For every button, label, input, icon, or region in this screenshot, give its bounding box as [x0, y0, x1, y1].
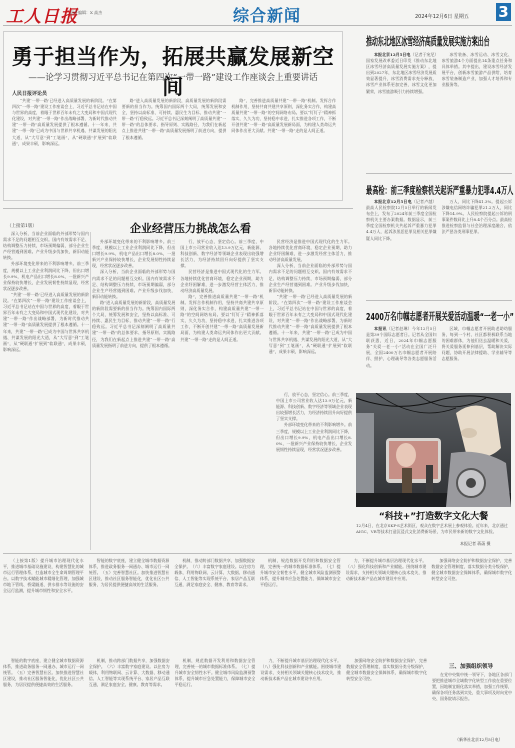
robot-exhibit-image [356, 393, 511, 507]
lead-body: “共建‘一带一路’已经进入高质量发展的新阶段。”在第四次“一带一路”建设工作座谈… [12, 98, 336, 196]
section-heading: 三、加强组织领导 [430, 662, 512, 670]
lead-column: 路”进入高质量发展的新阶段，高质量发展的新阶段需要新的担当作为。统筹国内国际两个… [122, 98, 227, 196]
lower-column: 力，不断提升城市基层治理现代化水平。（八）强化科技创新和产业赋能。围绕城市建设需… [346, 558, 427, 658]
sub-article-column: 外部环境变化带来的不利影响增多。前三季度，规模以上工业企业利润同比下降，但出口增… [92, 239, 175, 551]
lower-column: 加强网络安全防护和数据安全保护，完善数据安全管理制度，落实数据分类分级保护，健全… [431, 558, 512, 658]
sub-article-body-left: 深入分析，当前企业面临的外部形势与国内需求不足的问题相互交织。国内有效需求不足、… [3, 231, 89, 551]
lower-column: 机制，推动跨部门数据共享，加强数据安全保护。（六）丰富数字家庭建设。以住房为载体… [174, 558, 255, 658]
photo-description: 12月4日，在北京SKP-S艺术街区，观众在数字艺术展上参观体验。近年来，北京通… [356, 523, 511, 535]
sub-article-column: 行，放平心态，坚定信心。前三季度，中国上市公司营业收入达13.9万亿元，新能源、… [180, 239, 263, 551]
section-divider [3, 553, 512, 554]
lead-subheadline: ——论学习贯彻习近平总书记在第四次“一带一路”建设工作座谈会上重要讲话 [4, 71, 342, 83]
volunteers-headline[interactable]: 2400万名巾帼志愿者开展关爱活动温暖“一老一小” [366, 308, 459, 323]
lower-column: （上接第1版）提升城市治理现代化水平，推进城市基础设施建设，构建智慧化的城市运行… [3, 558, 84, 658]
xinhua-end-tag: （新华社北京12月5日电） [455, 737, 503, 743]
masthead: 工人日报 责任编辑：X 高杰 综合新闻 2024年12月6日 星期五 3 [0, 0, 515, 26]
lower-column: 机制，规范数据开发利用和数据安全管理，完善统一的城市数据标准体系。（七）提升城市… [260, 558, 341, 658]
northeast-column: 冰雪装备、冰雪运动、冰雪文化、冰雪旅游4个方面提出14条重点任务和具体举措。其中… [442, 52, 513, 168]
issue-date: 2024年12月6日 星期五 [415, 13, 469, 20]
lead-column: 路”，完善推进高质量共建“一带一路”机制。发挥合作机制作用，坚持共商共建共享原则… [231, 98, 336, 196]
editor-credit: 责任编辑：X 高杰 [70, 10, 102, 16]
lower-column: 智能的数字底座，建立健全城市数据资源体系，推进政务服务一网通办、城市运行一网统管… [3, 658, 84, 746]
lower-column: 加强网络安全防护和数据安全保护，完善数据安全管理制度，落实数据分类分级保护，健全… [346, 658, 427, 746]
sub-article-column: 深入分析，当前企业面临的外部形势与国内需求不足的问题相互交织。国内有效需求不足、… [3, 231, 89, 551]
lead-byline: 人民日报评论员 [12, 90, 47, 97]
photo-caption: “科技+”打造数字文化大餐 [356, 509, 511, 522]
procuratorate-headline[interactable]: 最高检：前三季度检察机关起诉严重暴力犯罪4.4万人 [366, 182, 457, 197]
newspaper-logo: 工人日报 [6, 2, 78, 27]
volunteers-column: 本报讯（记者赵琳）今年12月5日是第39个国际志愿者日。记者从全国妇联获悉，近日… [366, 326, 437, 388]
lower-section-top: （上接第1版）提升城市治理现代化水平，推进城市基础设施建设，构建智慧化的城市运行… [3, 558, 512, 658]
northeast-headline[interactable]: 推动东北地区冰雪经济高质量发展实施方案出台 [366, 34, 448, 49]
photo-credit: 本报记者 蒋菡 摄 [460, 541, 491, 547]
closing-body: 在党中央集中统一领导下，各地区各部门要把推进城市全域数字化转型工作放在重要位置，… [432, 672, 512, 736]
lower-section-bottom: 智能的数字底座，建立健全城市数据资源体系，推进政务服务一网通办、城市运行一网统管… [3, 658, 427, 746]
continuation-tag: （上接第1版） [7, 223, 37, 229]
volunteers-body: 本报讯（记者赵琳）今年12月5日是第39个国际志愿者日。记者从全国妇联获悉，近日… [366, 326, 512, 388]
masthead-divider [3, 25, 512, 26]
northeast-body: 本报北京12月5日电（记者于宛尼）国家发展改革委近日印发《推动东北地区冰雪经济高… [366, 52, 512, 168]
lead-column: “共建‘一带一路’已经进入高质量发展的新阶段。”在第四次“一带一路”建设工作座谈… [12, 98, 117, 196]
section-divider [3, 208, 353, 209]
lower-column: 力，不断提升城市基层治理现代化水平。（八）强化科技创新和产业赋能。围绕城市建设需… [260, 658, 341, 746]
lead-article: 勇于担当作为，拓展共赢发展新空间 ——论学习贯彻习近平总书记在第四次“一带一路”… [3, 31, 343, 201]
procuratorate-column: 本报北京12月5日电（记者卢越）最高人民检察院12月5日举行的新闻发布会上，发布… [366, 199, 437, 295]
procuratorate-body: 本报北京12月5日电（记者卢越）最高人民检察院12月5日举行的新闻发布会上，发布… [366, 199, 512, 295]
volunteers-column: 区域，巾帼志愿者开展助老助幼服务，每到一个村、社区都积极联系当地的困难群体，为他… [442, 326, 513, 388]
closing-column: 在党中央集中统一领导下，各地区各部门要把推进城市全域数字化转型工作放在重要位置，… [432, 672, 512, 736]
page-number: 3 [496, 3, 511, 21]
section-title: 综合新闻 [233, 3, 301, 26]
sub-article-headline[interactable]: 企业经营压力挑战怎么看 [130, 220, 251, 236]
lower-column: 智能的数字底座，建立健全城市数据资源体系，推进政务服务一网通办、城市运行一网统管… [89, 558, 170, 658]
procuratorate-column: 万人，同比下降41.3%。提起公诉涉嫌电信网络诈骗犯罪21.2万人，同比下降14… [442, 199, 513, 295]
news-photo[interactable] [356, 393, 511, 507]
article-divider [366, 173, 512, 174]
sub-article-column: 行，放平心态，坚定信心。前三季度，中国上市公司营业收入达13.9万亿元，新能源、… [276, 392, 352, 552]
column-divider [90, 232, 91, 550]
northeast-column: 本报北京12月5日电（记者于宛尼）国家发展改革委近日印发《推动东北地区冰雪经济高… [366, 52, 437, 168]
article-divider [366, 300, 512, 301]
sub-article-body-right: 行，放平心态，坚定信心。前三季度，中国上市公司营业收入达13.9万亿元，新能源、… [276, 392, 352, 552]
lower-column: 机制，规范数据开发利用和数据安全管理，完善统一的城市数据标准体系。（七）提升城市… [175, 658, 256, 746]
lower-column: 机制，推动跨部门数据共享，加强数据安全保护。（六）丰富数字家庭建设。以住房为载体… [89, 658, 170, 746]
